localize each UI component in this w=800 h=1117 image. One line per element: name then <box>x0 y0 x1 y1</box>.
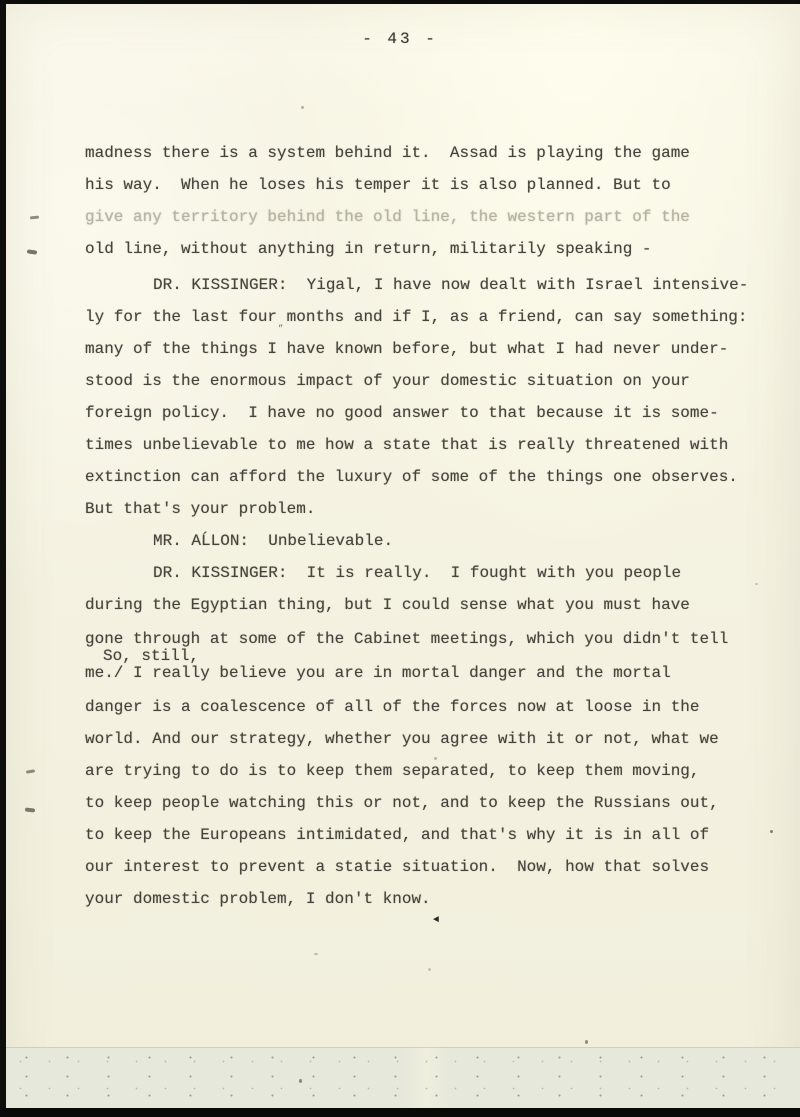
text-line: are trying to do is to keep them separat… <box>85 762 700 781</box>
dialogue-kissinger: DR. KISSINGER: It is really. I fought wi… <box>153 564 681 583</box>
speckle <box>434 757 437 760</box>
text-line: me./ I really believe you are in mortal … <box>85 664 671 683</box>
text-line: danger is a coalescence of all of the fo… <box>85 698 700 717</box>
text-line: extinction can afford the luxury of some… <box>85 468 738 487</box>
text-line: to keep people watching this or not, and… <box>85 794 719 813</box>
text-line: madness there is a system behind it. Ass… <box>85 144 690 163</box>
speckle <box>314 953 318 955</box>
speckle <box>585 1040 588 1044</box>
text-line: ly for the last four months and if I, as… <box>85 308 748 327</box>
page-number: - 43 - <box>0 30 800 48</box>
text-line-faded: give any territory behind the old line, … <box>85 208 690 227</box>
text-line: foreign policy. I have no good answer to… <box>85 404 719 423</box>
margin-dash-mark <box>26 769 35 774</box>
text-line: your domestic problem, I don't know. <box>85 890 431 909</box>
margin-dash-mark <box>30 216 39 220</box>
speckle <box>299 1079 302 1083</box>
speckle <box>755 583 758 585</box>
dialogue-allon: MR. AĹLON: Unbelievable. <box>153 532 393 551</box>
document-page: - 43 - madness there is a system behind … <box>0 0 800 1117</box>
text-line: world. And our strategy, whether you agr… <box>85 730 719 749</box>
speckle <box>301 106 304 109</box>
scan-band-bottom <box>6 1047 800 1108</box>
scan-edge-bottom <box>0 1108 800 1117</box>
scan-edge-left <box>0 0 6 1117</box>
dialogue-kissinger: DR. KISSINGER: Yigal, I have now dealt w… <box>153 276 748 295</box>
text-line: our interest to prevent a statie situati… <box>85 858 709 877</box>
speckle <box>770 830 773 833</box>
text-line: times unbelievable to me how a state tha… <box>85 436 728 455</box>
stray-superscript-mark: ” <box>278 324 283 334</box>
text-line: his way. When he loses his temper it is … <box>85 176 671 195</box>
margin-dash-mark <box>25 807 35 812</box>
text-line: stood is the enormous impact of your dom… <box>85 372 690 391</box>
scan-edge-top <box>0 0 800 4</box>
text-line: during the Egyptian thing, but I could s… <box>85 596 690 615</box>
text-line: to keep the Europeans intimidated, and t… <box>85 826 709 845</box>
text-line: But that's your problem. <box>85 500 315 519</box>
stray-arrow-mark: ◄ <box>433 915 439 926</box>
text-line: many of the things I have known before, … <box>85 340 728 359</box>
margin-dash-mark <box>27 249 37 254</box>
speckle <box>428 968 431 971</box>
text-line: old line, without anything in return, mi… <box>85 240 652 259</box>
